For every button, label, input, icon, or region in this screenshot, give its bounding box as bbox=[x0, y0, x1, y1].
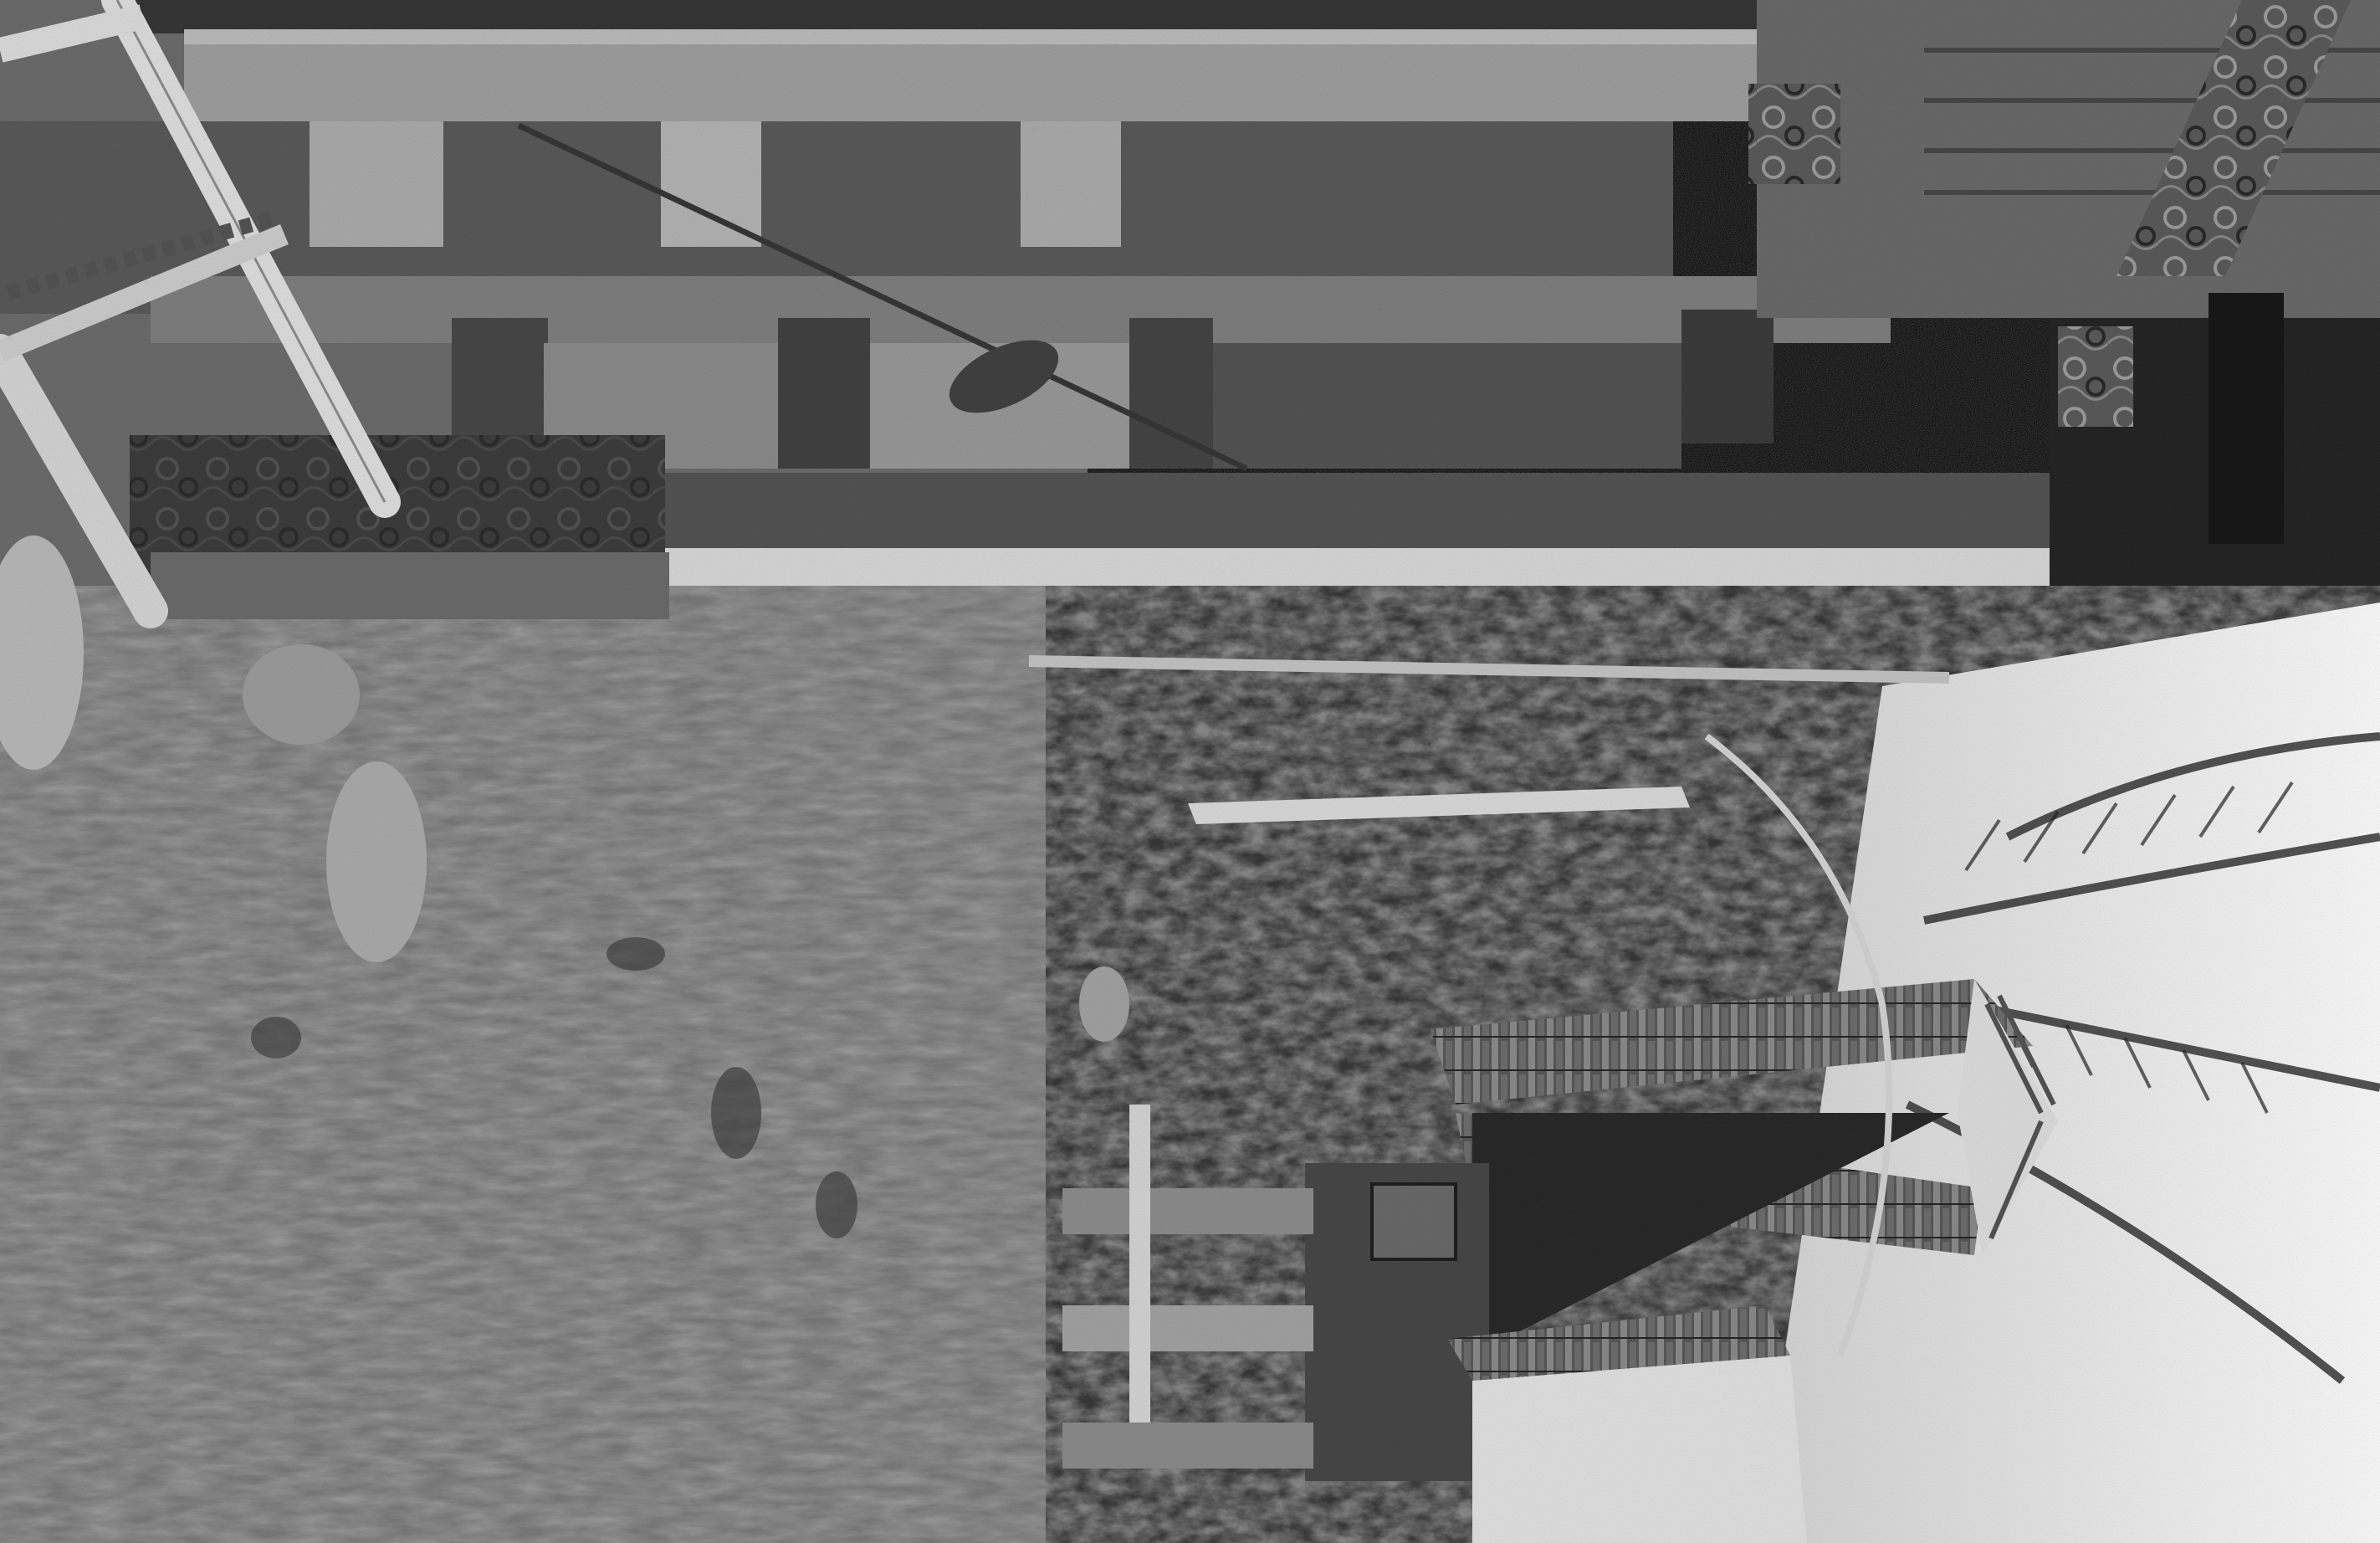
top-beam bbox=[125, 0, 1966, 33]
photograph bbox=[0, 0, 2380, 1543]
carved-panel bbox=[1748, 84, 1840, 184]
